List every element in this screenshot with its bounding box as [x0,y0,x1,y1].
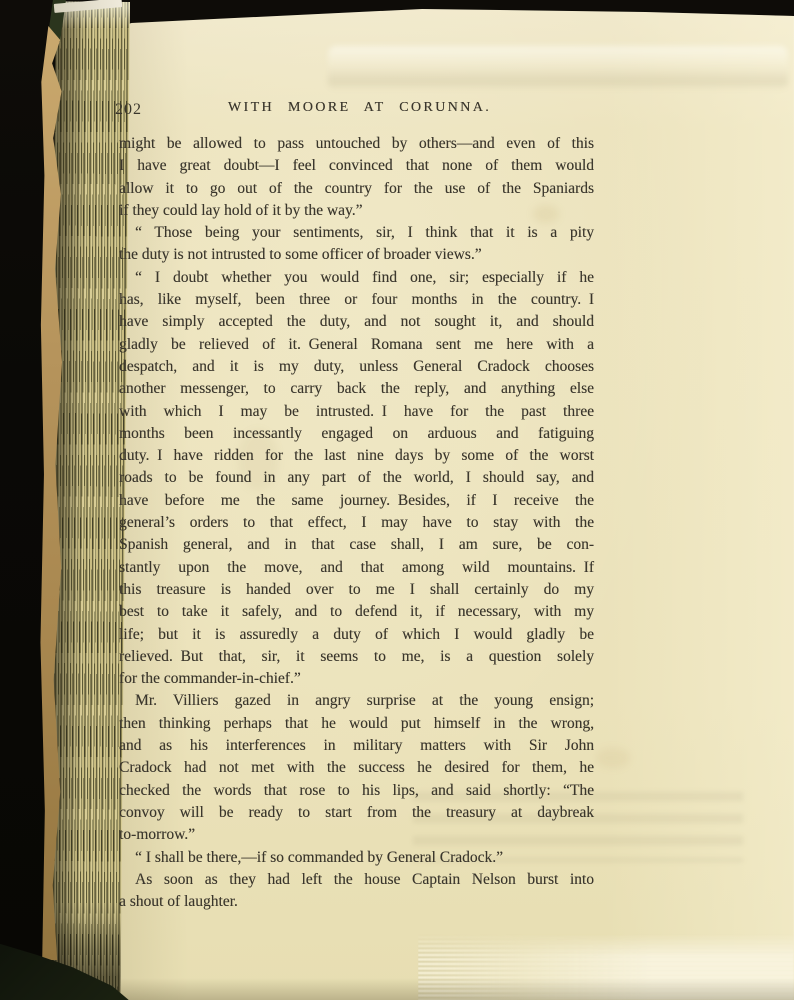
text-line: relieved. But that, sir, it seems to me,… [119,646,594,668]
text-line: the duty is not intrusted to some office… [119,244,594,266]
text-line: allow it to go out of the country for th… [119,178,594,200]
text-line: if they could lay hold of it by the way.… [119,200,594,222]
paper-stain [596,748,630,768]
page-content: 202 WITH MOORE AT CORUNNA. might be allo… [119,100,594,913]
text-line: checked the words that rose to his lips,… [119,780,594,802]
page-top-groove [328,46,788,90]
text-line: might be allowed to pass untouched by ot… [119,133,594,155]
page-bottom-shadow [118,978,794,1000]
text-line: for the commander-in-chief.” [119,668,594,690]
text-line: a shout of laughter. [119,891,594,913]
text-line: convoy will be ready to start from the t… [119,802,594,824]
text-line: have simply accepted the duty, and not s… [119,311,594,333]
text-line: general’s orders to that effect, I may h… [119,512,594,534]
text-line: best to take it safely, and to defend it… [119,601,594,623]
text-line: then thinking perhaps that he would put … [119,713,594,735]
page-number: 202 [115,101,142,119]
book-scan-scene: 202 WITH MOORE AT CORUNNA. might be allo… [0,0,794,1000]
text-line: to-morrow.” [119,824,594,846]
text-line: have before me the same journey. Besides… [119,490,594,512]
text-line: As soon as they had left the house Capta… [119,869,594,891]
paragraph: “ I shall be there,—if so commanded by G… [119,847,594,869]
page-body: might be allowed to pass untouched by ot… [119,133,594,913]
paragraph: “ I doubt whether you would find one, si… [119,267,594,691]
text-line: “ I doubt whether you would find one, si… [119,267,594,289]
text-line: another messenger, to carry back the rep… [119,378,594,400]
text-line: Cradock had not met with the success he … [119,757,594,779]
stacked-page-edges [46,1,130,1000]
paragraph: As soon as they had left the house Capta… [119,869,594,914]
text-line: Spanish general, and in that case shall,… [119,534,594,556]
text-line: roads to be found in any part of the wor… [119,467,594,489]
paragraph: might be allowed to pass untouched by ot… [119,133,594,222]
text-line: stantly upon the move, and that among wi… [119,557,594,579]
text-line: I have great doubt—I feel convinced that… [119,155,594,177]
text-line: despatch, and it is my duty, unless Gene… [119,356,594,378]
paragraph: Mr. Villiers gazed in angry surprise at … [119,690,594,846]
text-line: months been incessantly engaged on arduo… [119,423,594,445]
text-line: this treasure is handed over to me I sha… [119,579,594,601]
text-line: gladly be relieved of it. General Romana… [119,334,594,356]
text-line: has, like myself, been three or four mon… [119,289,594,311]
text-line: duty. I have ridden for the last nine da… [119,445,594,467]
text-line: with which I may be intrusted. I have fo… [119,401,594,423]
text-line: Mr. Villiers gazed in angry surprise at … [119,690,594,712]
text-line: “ Those being your sentiments, sir, I th… [119,222,594,244]
running-title: WITH MOORE AT CORUNNA. [119,100,594,116]
page-header: 202 WITH MOORE AT CORUNNA. [119,100,594,122]
paragraph: “ Those being your sentiments, sir, I th… [119,222,594,267]
text-line: life; but it is assuredly a duty of whic… [119,624,594,646]
text-line: and as his interferences in military mat… [119,735,594,757]
text-line: “ I shall be there,—if so commanded by G… [119,847,594,869]
